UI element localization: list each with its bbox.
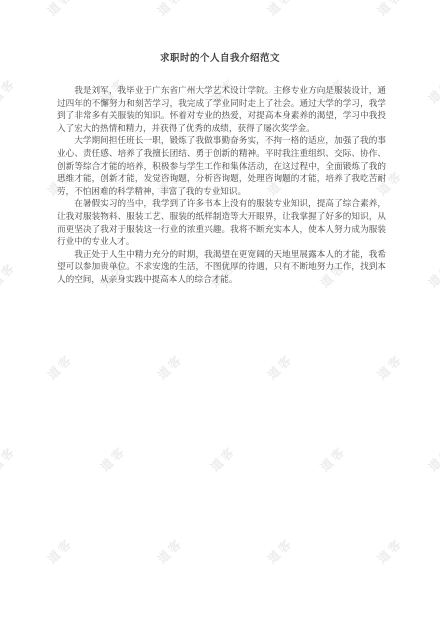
- paragraph: 大学期间担任班长一职，锻炼了我做事勤奋务实，不拘一格的适应，加强了我的事业心、责…: [57, 135, 386, 198]
- paragraph: 我是刘军，我毕业于广东省广州大学艺术设计学院。主修专业方向是服装设计，通过四年的…: [57, 85, 386, 135]
- watermark-text: 道客: [263, 534, 296, 567]
- watermark-text: 道客: [153, 350, 186, 383]
- watermark-text: 道客: [0, 442, 20, 475]
- watermark-text: 道客: [0, 258, 20, 291]
- watermark-text: 道客: [424, 74, 440, 107]
- watermark-text: 道客: [206, 442, 239, 475]
- watermark-text: 道客: [424, 442, 440, 475]
- watermark-text: 道客: [43, 534, 76, 567]
- watermark-text: 道客: [424, 258, 440, 291]
- document-page: 道客道客道客道客道客道客道客道客道客道客道客道客道客道客道客道客道客道客道客道客…: [0, 0, 440, 620]
- watermark-text: 道客: [263, 0, 296, 19]
- watermark-text: 道客: [153, 0, 186, 19]
- paragraph: 我正处于人生中精力充分的时期，我渴望在更宽阔的天地里展露本人的才能，我希望可以参…: [57, 249, 386, 287]
- document-body: 我是刘军，我毕业于广东省广州大学艺术设计学院。主修专业方向是服装设计，通过四年的…: [57, 85, 386, 287]
- watermark-text: 道客: [0, 74, 20, 107]
- watermark-text: 道客: [43, 350, 76, 383]
- paragraph: 在暑假实习的当中，我学到了许多书本上没有的服装专业知识，提高了综合素养，让我对服…: [57, 198, 386, 248]
- watermark-text: 道客: [373, 350, 406, 383]
- watermark-text: 道客: [373, 534, 406, 567]
- watermark-text: 道客: [153, 534, 186, 567]
- watermark-text: 道客: [373, 0, 406, 19]
- watermark-text: 道客: [263, 350, 296, 383]
- watermark-text: 道客: [43, 0, 76, 19]
- document-title: 求职时的个人自我介绍范文: [0, 50, 440, 64]
- watermark-text: 道客: [96, 442, 129, 475]
- watermark-text: 道客: [316, 442, 349, 475]
